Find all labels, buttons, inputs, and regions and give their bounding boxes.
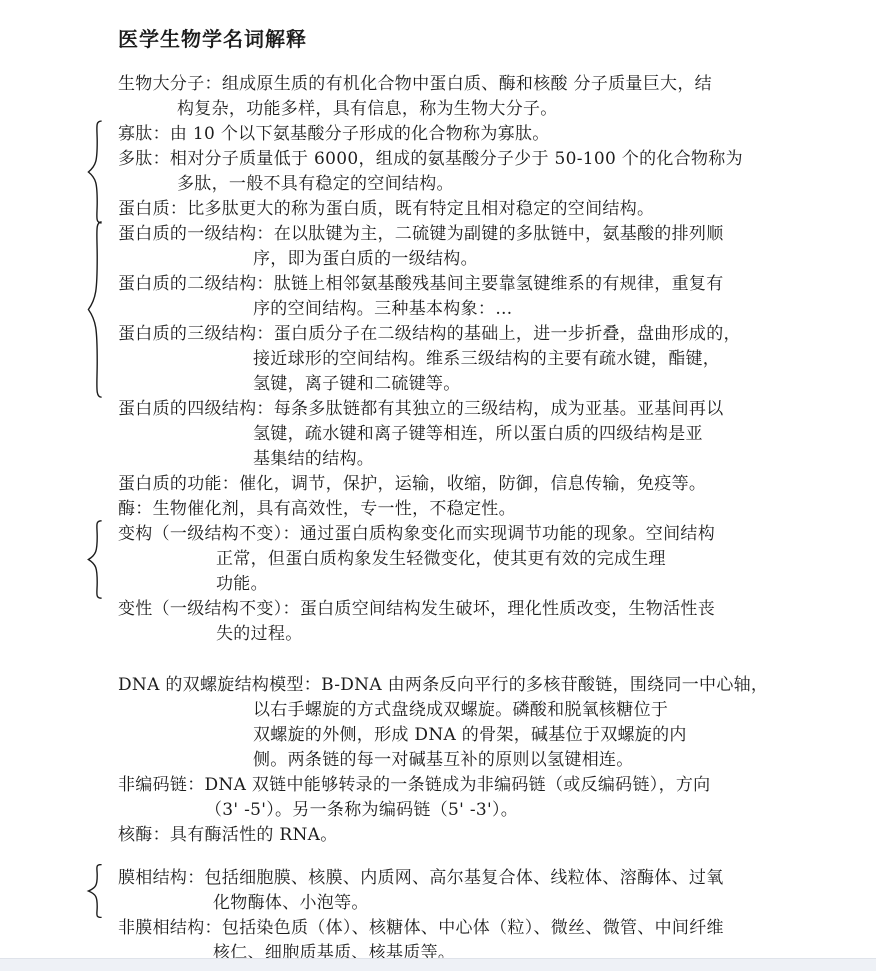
- term-entry: 蛋白质：比多肽更大的称为蛋白质，既有特定且相对稳定的空间结构。: [118, 197, 836, 222]
- term-definition: 蛋白质分子在二级结构的基础上，进一步折叠，盘曲形成的， 接近球形的空间结构。维系…: [253, 324, 741, 394]
- term-entry: 变性（一级结构不变）：蛋白质空间结构发生破坏，理化性质改变，生物活性丧 失的过程…: [118, 597, 836, 647]
- group-brace-icon: [84, 864, 106, 918]
- group-brace-icon: [84, 220, 106, 399]
- term-entry: 蛋白质的二级结构：肽链上相邻氨基酸残基间主要靠氢键维系的有规律，重复有 序的空间…: [118, 272, 836, 322]
- term-definition: 肽链上相邻氨基酸残基间主要靠氢键维系的有规律，重复有 序的空间结构。三种基本构象…: [253, 274, 724, 319]
- term-label: 蛋白质的功能：: [118, 474, 239, 494]
- term-definition: 由 10 个以下氨基酸分子形成的化合物称为寡肽。: [170, 124, 550, 144]
- term-label: DNA 的双螺旋结构模型：: [118, 675, 321, 695]
- term-definition: 比多肽更大的称为蛋白质，既有特定且相对稳定的空间结构。: [187, 199, 654, 219]
- term-definition: DNA 双链中能够转录的一条链成为非编码链（或反编码链），方向 （3' -5'）…: [205, 775, 711, 820]
- term-label: 寡肽：: [118, 124, 170, 144]
- page-bottom-edge: [0, 958, 876, 971]
- term-entry: 变构（一级结构不变）：通过蛋白质构象变化而实现调节功能的现象。空间结构 正常，但…: [118, 522, 836, 597]
- term-label: 蛋白质的一级结构：: [118, 224, 274, 244]
- term-label: 酶：: [118, 499, 153, 519]
- group-brace-icon: [84, 120, 106, 224]
- term-definition: 包括细胞膜、核膜、内质网、高尔基复合体、线粒体、溶酶体、过氧 化物酶体、小泡等。: [205, 868, 724, 913]
- term-entry: 酶：生物催化剂，具有高效性，专一性，不稳定性。: [118, 497, 836, 522]
- term-entry: 蛋白质的三级结构：蛋白质分子在二级结构的基础上，进一步折叠，盘曲形成的， 接近球…: [118, 322, 836, 397]
- term-definition: 具有酶活性的 RNA。: [170, 825, 338, 845]
- document-page[interactable]: 医学生物学名词解释 生物大分子：组成原生质的有机化合物中蛋白质、酶和核酸 分子质…: [0, 0, 876, 971]
- term-entry: DNA 的双螺旋结构模型：B-DNA 由两条反向平行的多核苷酸链，围绕同一中心轴…: [118, 673, 836, 773]
- term-label: 生物大分子：: [118, 74, 222, 94]
- term-entry: 蛋白质的功能：催化，调节，保护，运输，收缩，防御，信息传输，免疫等。: [118, 472, 836, 497]
- term-label: 蛋白质的四级结构：: [118, 399, 274, 419]
- term-label: 膜相结构：: [118, 868, 205, 888]
- term-entry: 寡肽：由 10 个以下氨基酸分子形成的化合物称为寡肽。: [118, 122, 836, 147]
- term-label: 非膜相结构：: [118, 918, 222, 938]
- term-label: 变性（一级结构不变）：: [118, 599, 300, 619]
- term-label: 蛋白质的二级结构：: [118, 274, 274, 294]
- term-entry: 蛋白质的一级结构：在以肽键为主，二硫键为副键的多肽链中，氨基酸的排列顺 序，即为…: [118, 222, 836, 272]
- term-definition: 生物催化剂，具有高效性，专一性，不稳定性。: [153, 499, 516, 519]
- term-definition: 每条多肽链都有其独立的三级结构，成为亚基。亚基间再以 氢键，疏水键和离子键等相连…: [253, 399, 724, 469]
- term-definition: 催化，调节，保护，运输，收缩，防御，信息传输，免疫等。: [239, 474, 706, 494]
- group-brace-icon: [84, 520, 106, 599]
- term-definition: 相对分子质量低于 6000，组成的氨基酸分子少于 50-100 个的化合物称为 …: [170, 149, 743, 194]
- term-definition: 包括染色质（体）、核糖体、中心体（粒）、微丝、微管、中间纤维 核仁、细胞质基质、…: [213, 918, 724, 963]
- definitions-list: 生物大分子：组成原生质的有机化合物中蛋白质、酶和核酸 分子质量巨大，结 构复杂，…: [118, 72, 836, 966]
- term-label: 蛋白质：: [118, 199, 187, 219]
- term-entry: 蛋白质的四级结构：每条多肽链都有其独立的三级结构，成为亚基。亚基间再以 氢键，疏…: [118, 397, 836, 472]
- term-label: 核酶：: [118, 825, 170, 845]
- term-label: 蛋白质的三级结构：: [118, 324, 274, 344]
- term-label: 多肽：: [118, 149, 170, 169]
- term-entry: 多肽：相对分子质量低于 6000，组成的氨基酸分子少于 50-100 个的化合物…: [118, 147, 836, 197]
- term-entry: 生物大分子：组成原生质的有机化合物中蛋白质、酶和核酸 分子质量巨大，结 构复杂，…: [118, 72, 836, 122]
- term-label: 非编码链：: [118, 775, 205, 795]
- term-definition: 组成原生质的有机化合物中蛋白质、酶和核酸 分子质量巨大，结 构复杂，功能多样，具…: [177, 74, 712, 119]
- page-title: 医学生物学名词解释: [118, 26, 836, 52]
- term-entry: 膜相结构：包括细胞膜、核膜、内质网、高尔基复合体、线粒体、溶酶体、过氧 化物酶体…: [118, 866, 836, 916]
- term-label: 变构（一级结构不变）：: [118, 524, 300, 544]
- term-entry: 非编码链：DNA 双链中能够转录的一条链成为非编码链（或反编码链），方向 （3'…: [118, 773, 836, 823]
- term-definition: 在以肽键为主，二硫键为副键的多肽链中，氨基酸的排列顺 序，即为蛋白质的一级结构。: [253, 224, 724, 269]
- term-definition: B-DNA 由两条反向平行的多核苷酸链，围绕同一中心轴， 以右手螺旋的方式盘绕成…: [253, 675, 768, 770]
- term-entry: 核酶：具有酶活性的 RNA。: [118, 823, 836, 848]
